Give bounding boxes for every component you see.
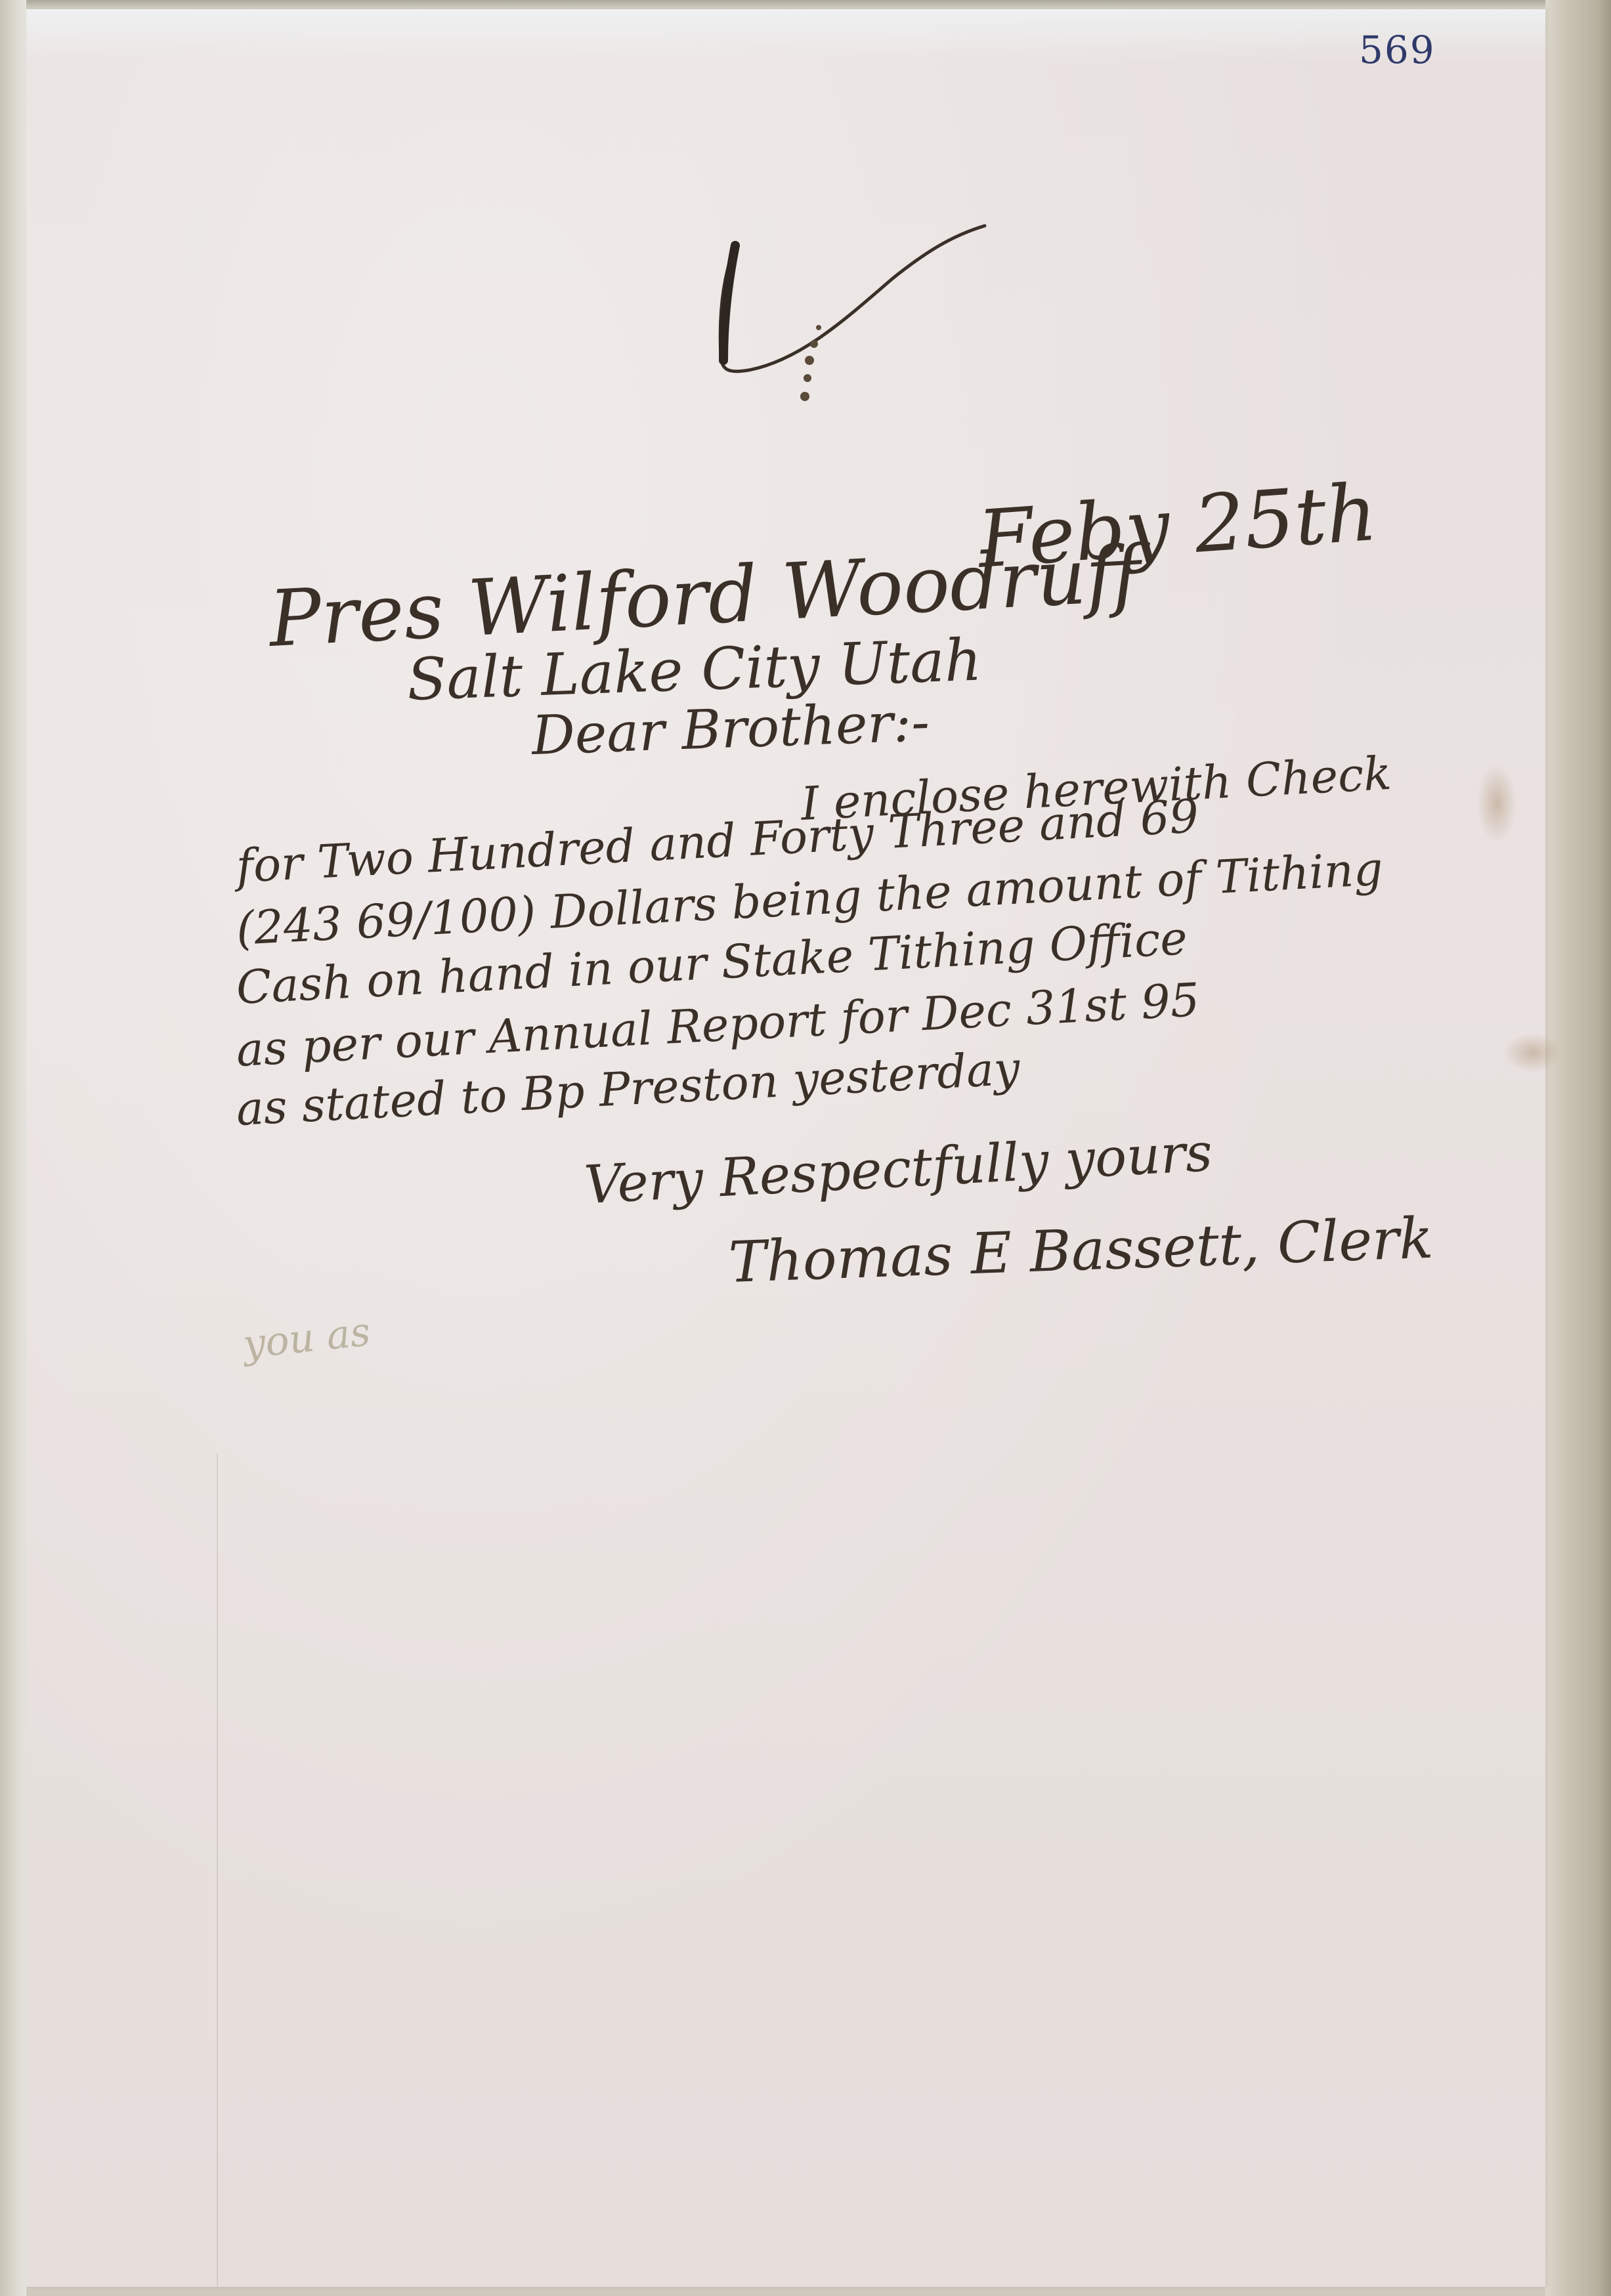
faded-margin-note: you as [241,1309,373,1368]
letter-closing: Very Respectfully yours [583,1122,1214,1216]
scan-frame-right [1545,0,1611,2296]
ink-stain [1477,764,1516,843]
letter-sheet: 569 Feby 25th Pres Wilford Woodruff Salt… [26,9,1545,2287]
scan-frame-left [0,0,26,2296]
letter-signature: Thomas E Bassett, Clerk [727,1206,1434,1296]
scan-frame-top [0,0,1611,9]
letter-content: Feby 25th Pres Wilford Woodruff Salt Lak… [26,9,1545,2287]
ink-stain [1503,1033,1562,1073]
letter-greeting: Dear Brother:- [530,691,930,767]
